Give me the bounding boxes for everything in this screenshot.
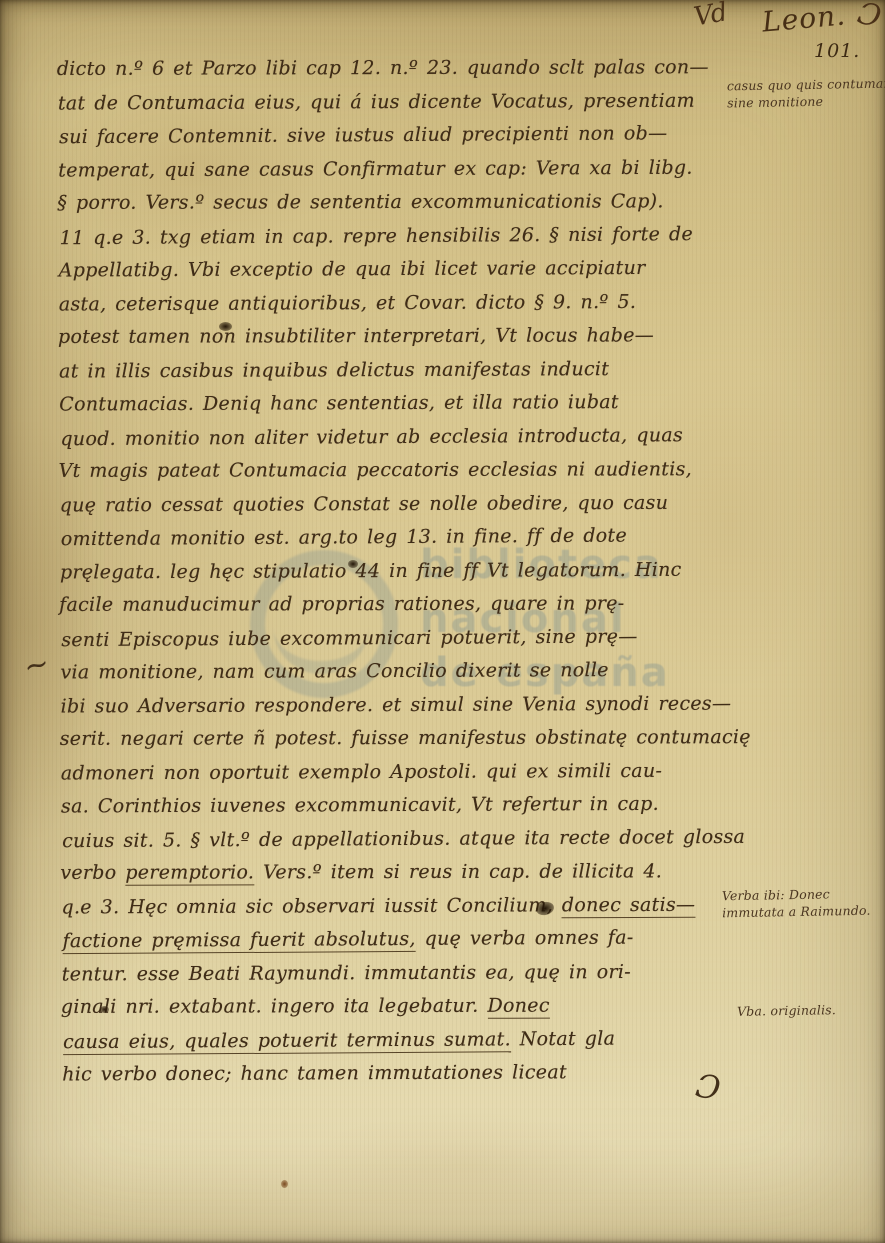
manuscript-line: Contumacias. Deniq hanc sententias, et i… [59,386,735,422]
manuscript-line: serit. negari certe ñ potest. fuisse man… [60,721,736,756]
handwritten-text: Vers.º item si reus in cap. de illicita … [254,860,662,883]
handwritten-text: tentur. esse Beati Raymundi. immutantis … [62,960,631,984]
manuscript-line: verbo peremptorio. Vers.º item si reus i… [60,855,736,890]
manuscript-line: temperat, qui sane casus Confirmatur ex … [58,151,734,187]
handwritten-text: quę verba omnes fa- [416,926,634,949]
manuscript-line: at in illis casibus inquibus delictus ma… [59,352,735,388]
underlined-text: Donec [487,995,549,1019]
handwritten-text: hic verbo donec; hanc tamen immutationes… [62,1061,567,1085]
manuscript-line: tentur. esse Beati Raymundi. immutantis … [62,955,738,991]
handwritten-text: senti Episcopus iube excommunicari potue… [61,625,637,651]
manuscript-line: potest tamen non insubtiliter interpreta… [58,319,734,354]
margin-note-raimundo: Verba ibi: Donec immutata a Raimundo. [722,885,871,922]
underlined-text: donec satis— [562,893,696,918]
manuscript-line: tat de Contumacia eius, qui á ius dicent… [58,84,734,120]
handwritten-text: verbo [60,862,125,884]
handwritten-text: q.e 3. Hęc omnia sic observari iussit Co… [61,894,562,918]
manuscript-line: ibi suo Adversario respondere. et simul … [61,687,737,723]
handwritten-text: Vt magis pateat Contumacia peccatoris ec… [59,458,692,482]
margin-note-contumax: casus quo quis contumax sine monitione [727,75,885,112]
manuscript-line: admoneri non oportuit exemplo Apostoli. … [61,754,737,790]
end-flourish-icon: Ɔ [693,1066,723,1107]
handwritten-text: 11 q.e 3. txg etiam in cap. repre hensib… [59,223,693,249]
manuscript-line: cuius sit. 5. § vlt.º de appellationibus… [62,820,738,858]
handwritten-text: admoneri non oportuit exemplo Apostoli. … [61,759,662,784]
manuscript-line: asta, ceterisque antiquioribus, et Covar… [59,285,735,321]
handwritten-text: tat de Contumacia eius, qui á ius dicent… [58,89,695,114]
manuscript-line: quę ratio cessat quoties Constat se noll… [60,486,736,522]
handwritten-text: ibi suo Adversario respondere. et simul … [61,692,732,717]
manuscript-line: facile manuducimur ad proprias rationes,… [59,587,735,622]
manuscript-line: senti Episcopus iube excommunicari potue… [61,619,737,657]
manuscript-line: sui facere Contemnit. sive iustus aliud … [59,117,735,155]
handwritten-text: omittenda monitio est. arg.to leg 13. in… [61,525,627,551]
handwritten-text: quę ratio cessat quoties Constat se noll… [60,491,669,516]
handwritten-text: ginali nri. extabant. ingero ita legebat… [61,995,488,1018]
margin-note-originalia: Vba. originalis. [737,1001,836,1020]
manuscript-line: ginali nri. extabant. ingero ita legebat… [61,989,737,1024]
handwritten-text: facile manuducimur ad proprias rationes,… [59,592,624,615]
handwritten-text: Appellatibg. Vbi exceptio de qua ibi lic… [59,257,646,282]
margin-note-line: casus quo quis contumax [727,75,885,95]
underlined-text: causa eius, quales potuerit terminus sum… [63,1028,511,1055]
handwritten-text: at in illis casibus inquibus delictus ma… [59,358,609,382]
ink-blot [100,1006,109,1013]
margin-note-line: sine monitione [727,92,885,112]
ink-blot [219,322,232,331]
manuscript-line: dicto n.º 6 et Parzo libi cap 12. n.º 23… [57,51,733,86]
handwritten-text: Notat gla [511,1027,615,1050]
manuscript-line: Appellatibg. Vbi exceptio de qua ibi lic… [59,252,735,288]
manuscript-line: pręlegata. leg hęc stipulatio 44 in fine… [60,553,736,589]
header-flourish-icon: Ɔ [855,0,885,35]
manuscript-line: q.e 3. Hęc omnia sic observari iussit Co… [61,888,737,924]
margin-note-line: Vba. originalis. [737,1001,836,1020]
handwritten-text: serit. negari certe ñ potest. fuisse man… [60,726,751,750]
handwritten-text: dicto n.º 6 et Parzo libi cap 12. n.º 23… [57,56,709,80]
header-title: Leon. [761,0,848,39]
handwritten-text: quod. monitio non aliter videtur ab eccl… [60,424,683,450]
left-margin-mark: ~ [20,645,53,685]
handwritten-text: cuius sit. 5. § vlt.º de appellationibus… [62,825,745,851]
handwritten-text: potest tamen non insubtiliter interpreta… [58,324,654,348]
underlined-text: peremptorio. [125,861,254,885]
underlined-text: factione pręmissa fuerit absolutus, [63,928,416,954]
manuscript-line: factione pręmissa fuerit absolutus, quę … [63,921,739,959]
handwritten-text: Contumacias. Deniq hanc sententias, et i… [59,391,619,415]
margin-note-line: immutata a Raimundo. [722,902,871,922]
handwritten-text: pręlegata. leg hęc stipulatio 44 in fine… [60,558,682,583]
manuscript-line: causa eius, quales potuerit terminus sum… [63,1021,739,1059]
handwritten-text: asta, ceterisque antiquioribus, et Covar… [59,290,636,315]
manuscript-line: omittenda monitio est. arg.to leg 13. in… [61,519,737,557]
handwritten-text: temperat, qui sane casus Confirmatur ex … [58,156,693,181]
manuscript-line: via monitione, nam cum aras Concilio dix… [60,654,736,690]
handwritten-text: sui facere Contemnit. sive iustus aliud … [59,122,667,148]
manuscript-line: Vt magis pateat Contumacia peccatoris ec… [59,453,735,488]
header-monogram: Vd [692,0,728,33]
handwritten-text: via monitione, nam cum aras Concilio dix… [60,659,608,683]
manuscript-line: quod. monitio non aliter videtur ab eccl… [60,418,736,456]
handwritten-text: § porro. Vers.º secus de sententia excom… [57,190,663,214]
manuscript-text-block: dicto n.º 6 et Parzo libi cap 12. n.º 23… [58,51,739,1092]
manuscript-line: hic verbo donec; hanc tamen immutationes… [62,1056,738,1092]
ink-blot [348,560,358,568]
rust-speck [281,1180,288,1188]
manuscript-page: biblioteca nacional de españa Vd Leon. Ɔ… [0,0,885,1243]
manuscript-line: 11 q.e 3. txg etiam in cap. repre hensib… [59,217,735,255]
handwritten-text: sa. Corinthios iuvenes excommunicavit, V… [61,793,659,818]
manuscript-line: sa. Corinthios iuvenes excommunicavit, V… [61,788,737,824]
manuscript-line: § porro. Vers.º secus de sententia excom… [57,185,733,220]
page-number: 101. [814,40,860,62]
paper-stain [300,1110,630,1220]
